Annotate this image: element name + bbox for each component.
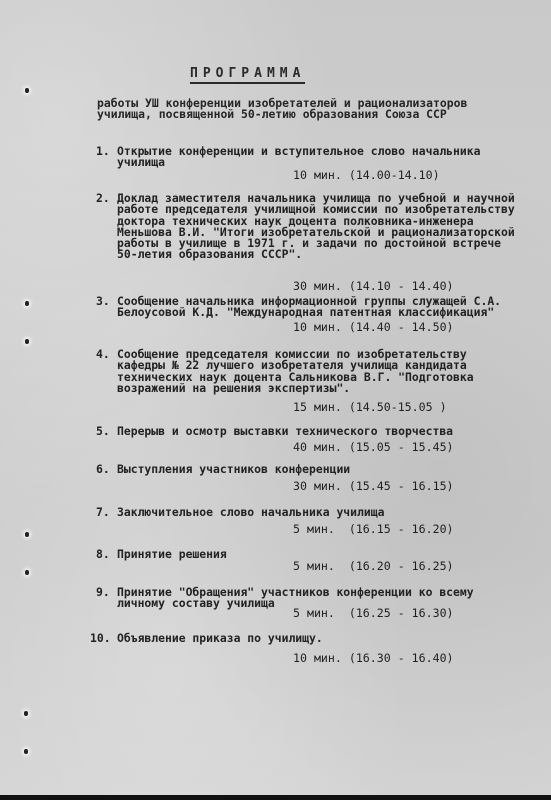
item-line: 50-летия образования СССР". [117,247,302,261]
punch-hole [25,339,29,344]
document-page: ПРОГРАММА работы УШ конференции изобрета… [0,0,551,795]
item-number: 4. [96,349,110,360]
item-line: Перерыв и осмотр выставки технического т… [117,424,453,438]
item-line: личному составу училища [117,596,275,610]
item-number: 9. [96,587,110,598]
item-line: Открытие конференции и вступительное сло… [117,144,480,158]
punch-hole [25,88,29,93]
item-number: 10. [90,633,111,644]
item-time: 10 мин. (14.00-14.10) [293,168,440,182]
item-number: 5. [96,426,110,437]
item-text: Перерыв и осмотр выставки технического т… [117,426,453,437]
item-time: 30 мин. (15.45 - 16.15) [293,479,454,493]
item-number: 8. [96,549,110,560]
scan-edge [0,795,551,800]
item-number: 6. [96,464,110,475]
item-number: 1. [96,146,110,157]
item-text: Принятие решения [117,549,227,560]
item-line: училища [117,155,165,169]
item-time: 5 мин. (16.15 - 16.20) [293,522,454,536]
item-number: 7. [96,507,110,518]
item-time: 30 мин. (14.10 - 14.40) [293,279,454,293]
item-text: Доклад заместителя начальника училища по… [117,193,515,261]
item-text: Выступления участников конференции [117,464,350,475]
item-number: 3. [96,296,110,307]
item-line: возражений на решения экспертизы". [117,381,350,395]
item-text: Сообщение начальника информационной груп… [117,296,501,319]
item-line: Принятие решения [117,547,227,561]
punch-hole [25,301,29,306]
punch-hole [25,570,29,575]
item-time: 10 мин. (16.30 - 16.40) [293,651,454,665]
item-time: 5 мин. (16.20 - 16.25) [293,559,454,573]
punch-hole [24,711,28,716]
item-line: Белоусовой К.Д. "Международная патентная… [117,305,494,319]
item-text: Заключительное слово начальника училища [117,507,384,518]
item-text: Объявление приказа по училищу. [117,633,323,644]
document-title: ПРОГРАММА [190,66,305,84]
document-subtitle: работы УШ конференции изобретателей и ра… [97,98,537,120]
subtitle-line: училища, посвященной 50-летию образовани… [97,107,447,121]
item-number: 2. [96,193,110,204]
item-line: Выступления участников конференции [117,462,350,476]
item-text: Сообщение председателя комиссии по изобр… [117,349,474,394]
item-text: Открытие конференции и вступительное сло… [117,146,480,169]
item-time: 40 мин. (15.05 - 15.45) [293,440,454,454]
item-line: Заключительное слово начальника училища [117,505,384,519]
item-time: 5 мин. (16.25 - 16.30) [293,606,454,620]
item-time: 10 мин. (14.40 - 14.50) [293,320,454,334]
punch-hole [25,532,29,537]
punch-hole [24,749,28,754]
item-time: 15 мин. (14.50-15.05 ) [293,400,447,414]
item-line: Объявление приказа по училищу. [117,631,323,645]
